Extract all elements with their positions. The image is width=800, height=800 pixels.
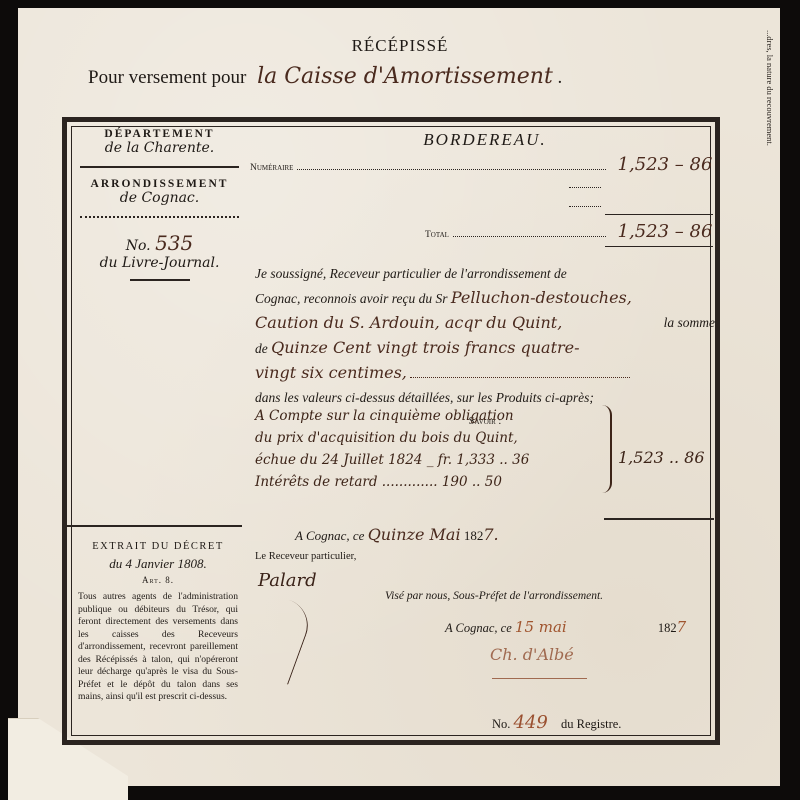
amount-in-words: Quinze Cent vingt trois francs quatre- bbox=[271, 338, 579, 357]
bordereau-row: Numéraire 1,523 – 86 bbox=[250, 154, 720, 175]
bordereau-row-empty bbox=[565, 198, 605, 207]
decree-date: du 4 Janvier 1808. bbox=[78, 557, 238, 570]
receipt-date: A Cognac, ce Quinze Mai 1827. bbox=[295, 525, 499, 544]
prefect-visa-text: Visé par nous, Sous-Préfet de l'arrondis… bbox=[385, 590, 603, 602]
arrondissement-label: ARRONDISSEMENT bbox=[72, 178, 247, 190]
department-label: DÉPARTEMENT bbox=[72, 128, 247, 140]
wavy-divider bbox=[80, 216, 239, 221]
total-bottom-rule bbox=[605, 246, 713, 247]
registre-number: No. 449 du Registre. bbox=[492, 712, 621, 733]
subtitle-printed: Pour versement pour bbox=[88, 67, 246, 88]
subtitle-handwritten: la Caisse d'Amortissement bbox=[257, 64, 553, 89]
divider bbox=[130, 279, 190, 281]
subtitle-end: . bbox=[558, 67, 563, 88]
bordereau: BORDEREAU. Numéraire 1,523 – 86 Total 1,… bbox=[250, 130, 720, 242]
divider bbox=[80, 166, 239, 168]
receiver-label: Le Receveur particulier, bbox=[255, 551, 356, 562]
journal-number-value: 535 bbox=[155, 231, 193, 255]
decree-extract: EXTRAIT DU DÉCRET du 4 Janvier 1808. Art… bbox=[78, 540, 238, 704]
total-amount: 1,523 – 86 bbox=[610, 221, 720, 242]
signature-underline bbox=[492, 678, 587, 679]
rule bbox=[67, 525, 242, 527]
prefect-signature: Ch. d'Albé bbox=[490, 645, 574, 664]
bordereau-total-row: Total 1,523 – 86 bbox=[425, 221, 720, 242]
visa-date: A Cognac, ce 15 mai 1827 bbox=[445, 618, 686, 636]
document-subtitle: Pour versement pour la Caisse d'Amortiss… bbox=[88, 64, 562, 89]
decree-article: Art. 8. bbox=[78, 574, 238, 587]
numeraire-amount: 1,523 – 86 bbox=[610, 154, 720, 175]
details-total: 1,523 .. 86 bbox=[618, 448, 705, 467]
document-title: RÉCÉPISSÉ bbox=[0, 36, 800, 56]
receiver-signature: Palard bbox=[258, 570, 317, 591]
journal-label: du Livre-Journal. bbox=[72, 255, 247, 271]
journal-number: No. 535 bbox=[72, 231, 247, 255]
department-value: de la Charente. bbox=[72, 140, 247, 156]
payer-name: Pelluchon-destouches, bbox=[451, 288, 632, 307]
bordereau-row-empty bbox=[565, 179, 605, 188]
decree-text: Tous autres agents de l'administration p… bbox=[78, 591, 238, 704]
rule bbox=[604, 518, 714, 520]
total-top-rule bbox=[605, 214, 713, 215]
payment-details: A Compte sur la cinquième obligation du … bbox=[255, 405, 612, 493]
decree-heading: EXTRAIT DU DÉCRET bbox=[78, 540, 238, 553]
left-column: DÉPARTEMENT de la Charente. ARRONDISSEME… bbox=[72, 128, 247, 289]
bordereau-title: BORDEREAU. bbox=[250, 130, 720, 150]
arrondissement-value: de Cognac. bbox=[72, 190, 247, 206]
